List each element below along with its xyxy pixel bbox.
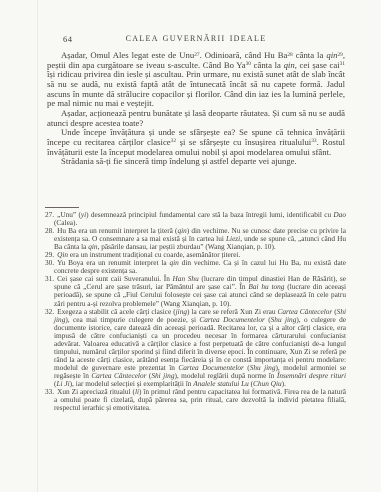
page-header: 64 CALEA GUVERNĂRII IDEALE [47, 34, 345, 46]
scan-gutter-line [37, 0, 38, 492]
paragraph-3: Unde începe învățătura și unde se sfârșe… [47, 128, 345, 157]
running-title: CALEA GUVERNĂRII IDEALE [47, 34, 345, 43]
footnote-28: 28.Hu Ba era un renumit interpret la țit… [45, 227, 346, 251]
footnote-33: 33.Xun Zi apreciază ritualul (li) în pri… [45, 388, 346, 412]
footnote-text: Hu Ba era un renumit interpret la țiteră… [54, 226, 346, 251]
paragraph-1: Așadar, Omul Ales legat este de Unu27. O… [47, 51, 345, 109]
footnote-text: Xun Zi apreciază ritualul (li) în primul… [54, 387, 346, 412]
paragraph-4: Strădania să-ți fie sinceră timp îndelun… [47, 157, 345, 167]
footnote-text: Exegeza a stabilit că acele cărți clasic… [54, 307, 346, 388]
footnote-text: Yu Boya era un renumit interpret la qin … [54, 258, 346, 275]
footnote-30: 30.Yu Boya era un renumit interpret la q… [45, 259, 346, 275]
page-number: 64 [63, 34, 73, 44]
footnote-32: 32.Exegeza a stabilit că acele cărți cla… [45, 308, 346, 388]
body-text: Așadar, Omul Ales legat este de Unu27. O… [47, 51, 345, 167]
footnote-27: 27.„Unu” (yi) desemnează principiul fund… [45, 211, 346, 227]
book-page: 64 CALEA GUVERNĂRII IDEALE Așadar, Omul … [0, 0, 381, 492]
footnote-text: „Unu” (yi) desemnează principiul fundame… [54, 210, 346, 227]
footnote-31: 31.Cei șase cai sunt caii Suveranului. Î… [45, 275, 346, 307]
footnote-separator [45, 207, 79, 208]
footnotes: 27.„Unu” (yi) desemnează principiul fund… [45, 211, 346, 412]
footnote-text: Cei șase cai sunt caii Suveranului. În H… [54, 274, 346, 307]
paragraph-2: Așadar, acționează pentru bunătate și la… [47, 109, 345, 128]
